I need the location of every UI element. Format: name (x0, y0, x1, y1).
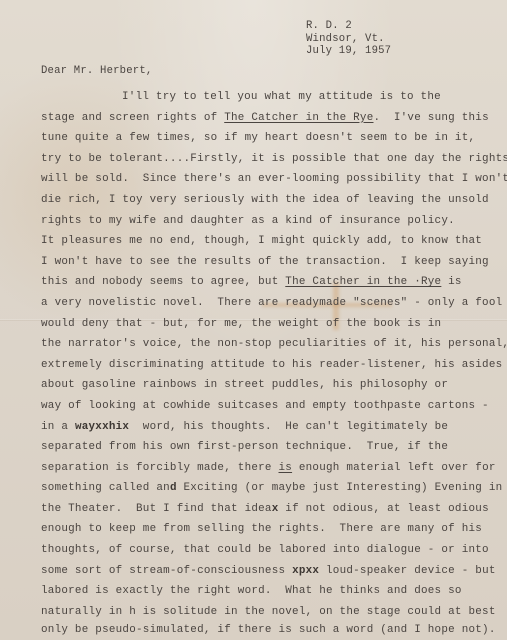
letter-line: would deny that - but, for me, the weigh… (41, 314, 501, 335)
letter-line: some sort of stream-of-consciousness xpx… (41, 561, 501, 582)
text: naturally in h is solitude in the novel,… (41, 606, 496, 618)
text: if not odious, at least odious (279, 503, 489, 515)
text: the Theater. But I find that idea (41, 503, 272, 515)
text: separation is forcibly made, there (41, 462, 279, 474)
address-line: R. D. 2 (306, 20, 391, 33)
letter-line: in a wayxxhix word, his thoughts. He can… (41, 417, 501, 438)
typed-strikeover: xpxx (292, 565, 319, 577)
text: only be pseudo-simulated, if there is su… (41, 624, 496, 636)
underlined-emphasis: is (279, 462, 293, 474)
text: in a (41, 421, 75, 433)
letter-line: naturally in h is solitude in the novel,… (41, 602, 501, 623)
text: I'll try to tell you what my attitude is… (122, 91, 441, 103)
letter-line: a very novelistic novel. There are ready… (41, 293, 501, 314)
typed-strikeover: wayxxhix (75, 421, 129, 433)
text: Exciting (or maybe just Interesting) Eve… (177, 482, 503, 494)
typed-strikeover: d (170, 482, 177, 494)
letter-line: stage and screen rights of The Catcher i… (41, 108, 501, 129)
text: die rich, I toy very seriously with the … (41, 194, 489, 206)
letter-line: tune quite a few times, so if my heart d… (41, 128, 501, 149)
letter-line: will be sold. Since there's an ever-loom… (41, 169, 501, 190)
letter-line: about gasoline rainbows in street puddle… (41, 375, 501, 396)
text: this and nobody seems to agree, but (41, 276, 285, 288)
letter-line: try to be tolerant....Firstly, it is pos… (41, 149, 501, 170)
letter-line: the Theater. But I find that ideax if no… (41, 499, 501, 520)
text: labored is exactly the right word. What … (41, 585, 462, 597)
text: some sort of stream-of-consciousness (41, 565, 292, 577)
text: I won't have to see the results of the t… (41, 256, 489, 268)
letter-line: thoughts, of course, that could be labor… (41, 540, 501, 561)
text: way of looking at cowhide suitcases and … (41, 400, 489, 412)
letter-body: I'll try to tell you what my attitude is… (41, 87, 501, 638)
text: would deny that - but, for me, the weigh… (41, 318, 441, 330)
text: will be sold. Since there's an ever-loom… (41, 173, 507, 185)
text: tune quite a few times, so if my heart d… (41, 132, 475, 144)
text: loud-speaker device - but (319, 565, 495, 577)
letter-line: something called and Exciting (or maybe … (41, 478, 501, 499)
letter-line: separation is forcibly made, there is en… (41, 458, 501, 479)
text: the narrator's voice, the non-stop pecul… (41, 338, 507, 350)
letter-line: die rich, I toy very seriously with the … (41, 190, 501, 211)
book-title-underlined: The Catcher in the ·Rye (285, 276, 441, 288)
letter-line: It pleasures me no end, though, I might … (41, 231, 501, 252)
letter-line: labored is exactly the right word. What … (41, 581, 501, 602)
text: thoughts, of course, that could be labor… (41, 544, 489, 556)
letter-line: rights to my wife and daughter as a kind… (41, 211, 501, 232)
book-title-underlined: The Catcher in the Rye (224, 112, 373, 124)
letter-line: I won't have to see the results of the t… (41, 252, 501, 273)
letter-line: separated from his own first-person tech… (41, 437, 501, 458)
text: separated from his own first-person tech… (41, 441, 448, 453)
text: enough to keep me from selling the right… (41, 523, 482, 535)
letter-line: extremely discriminating attitude to his… (41, 355, 501, 376)
text: word, his thoughts. He can't legitimatel… (129, 421, 448, 433)
letter-line: way of looking at cowhide suitcases and … (41, 396, 501, 417)
text: extremely discriminating attitude to his… (41, 359, 502, 371)
text: stage and screen rights of (41, 112, 224, 124)
text: . I've sung this (374, 112, 489, 124)
text: a very novelistic novel. There are ready… (41, 297, 502, 309)
letter-line: the narrator's voice, the non-stop pecul… (41, 334, 501, 355)
letter-line: this and nobody seems to agree, but The … (41, 272, 501, 293)
salutation: Dear Mr. Herbert, (41, 65, 152, 77)
sender-address-block: R. D. 2 Windsor, Vt. July 19, 1957 (306, 20, 391, 58)
letter-line: enough to keep me from selling the right… (41, 519, 501, 540)
text: something called an (41, 482, 170, 494)
typed-strikeover: x (272, 503, 279, 515)
text: about gasoline rainbows in street puddle… (41, 379, 448, 391)
letter-line: only be pseudo-simulated, if there is su… (41, 622, 501, 638)
typewritten-letter-page: R. D. 2 Windsor, Vt. July 19, 1957 Dear … (0, 0, 507, 640)
text: is (441, 276, 461, 288)
letter-line: I'll try to tell you what my attitude is… (41, 87, 501, 108)
letter-date: July 19, 1957 (306, 45, 391, 58)
text: enough material left over for (292, 462, 496, 474)
text: rights to my wife and daughter as a kind… (41, 215, 455, 227)
address-line: Windsor, Vt. (306, 33, 391, 46)
text: It pleasures me no end, though, I might … (41, 235, 482, 247)
text: try to be tolerant....Firstly, it is pos… (41, 153, 507, 165)
